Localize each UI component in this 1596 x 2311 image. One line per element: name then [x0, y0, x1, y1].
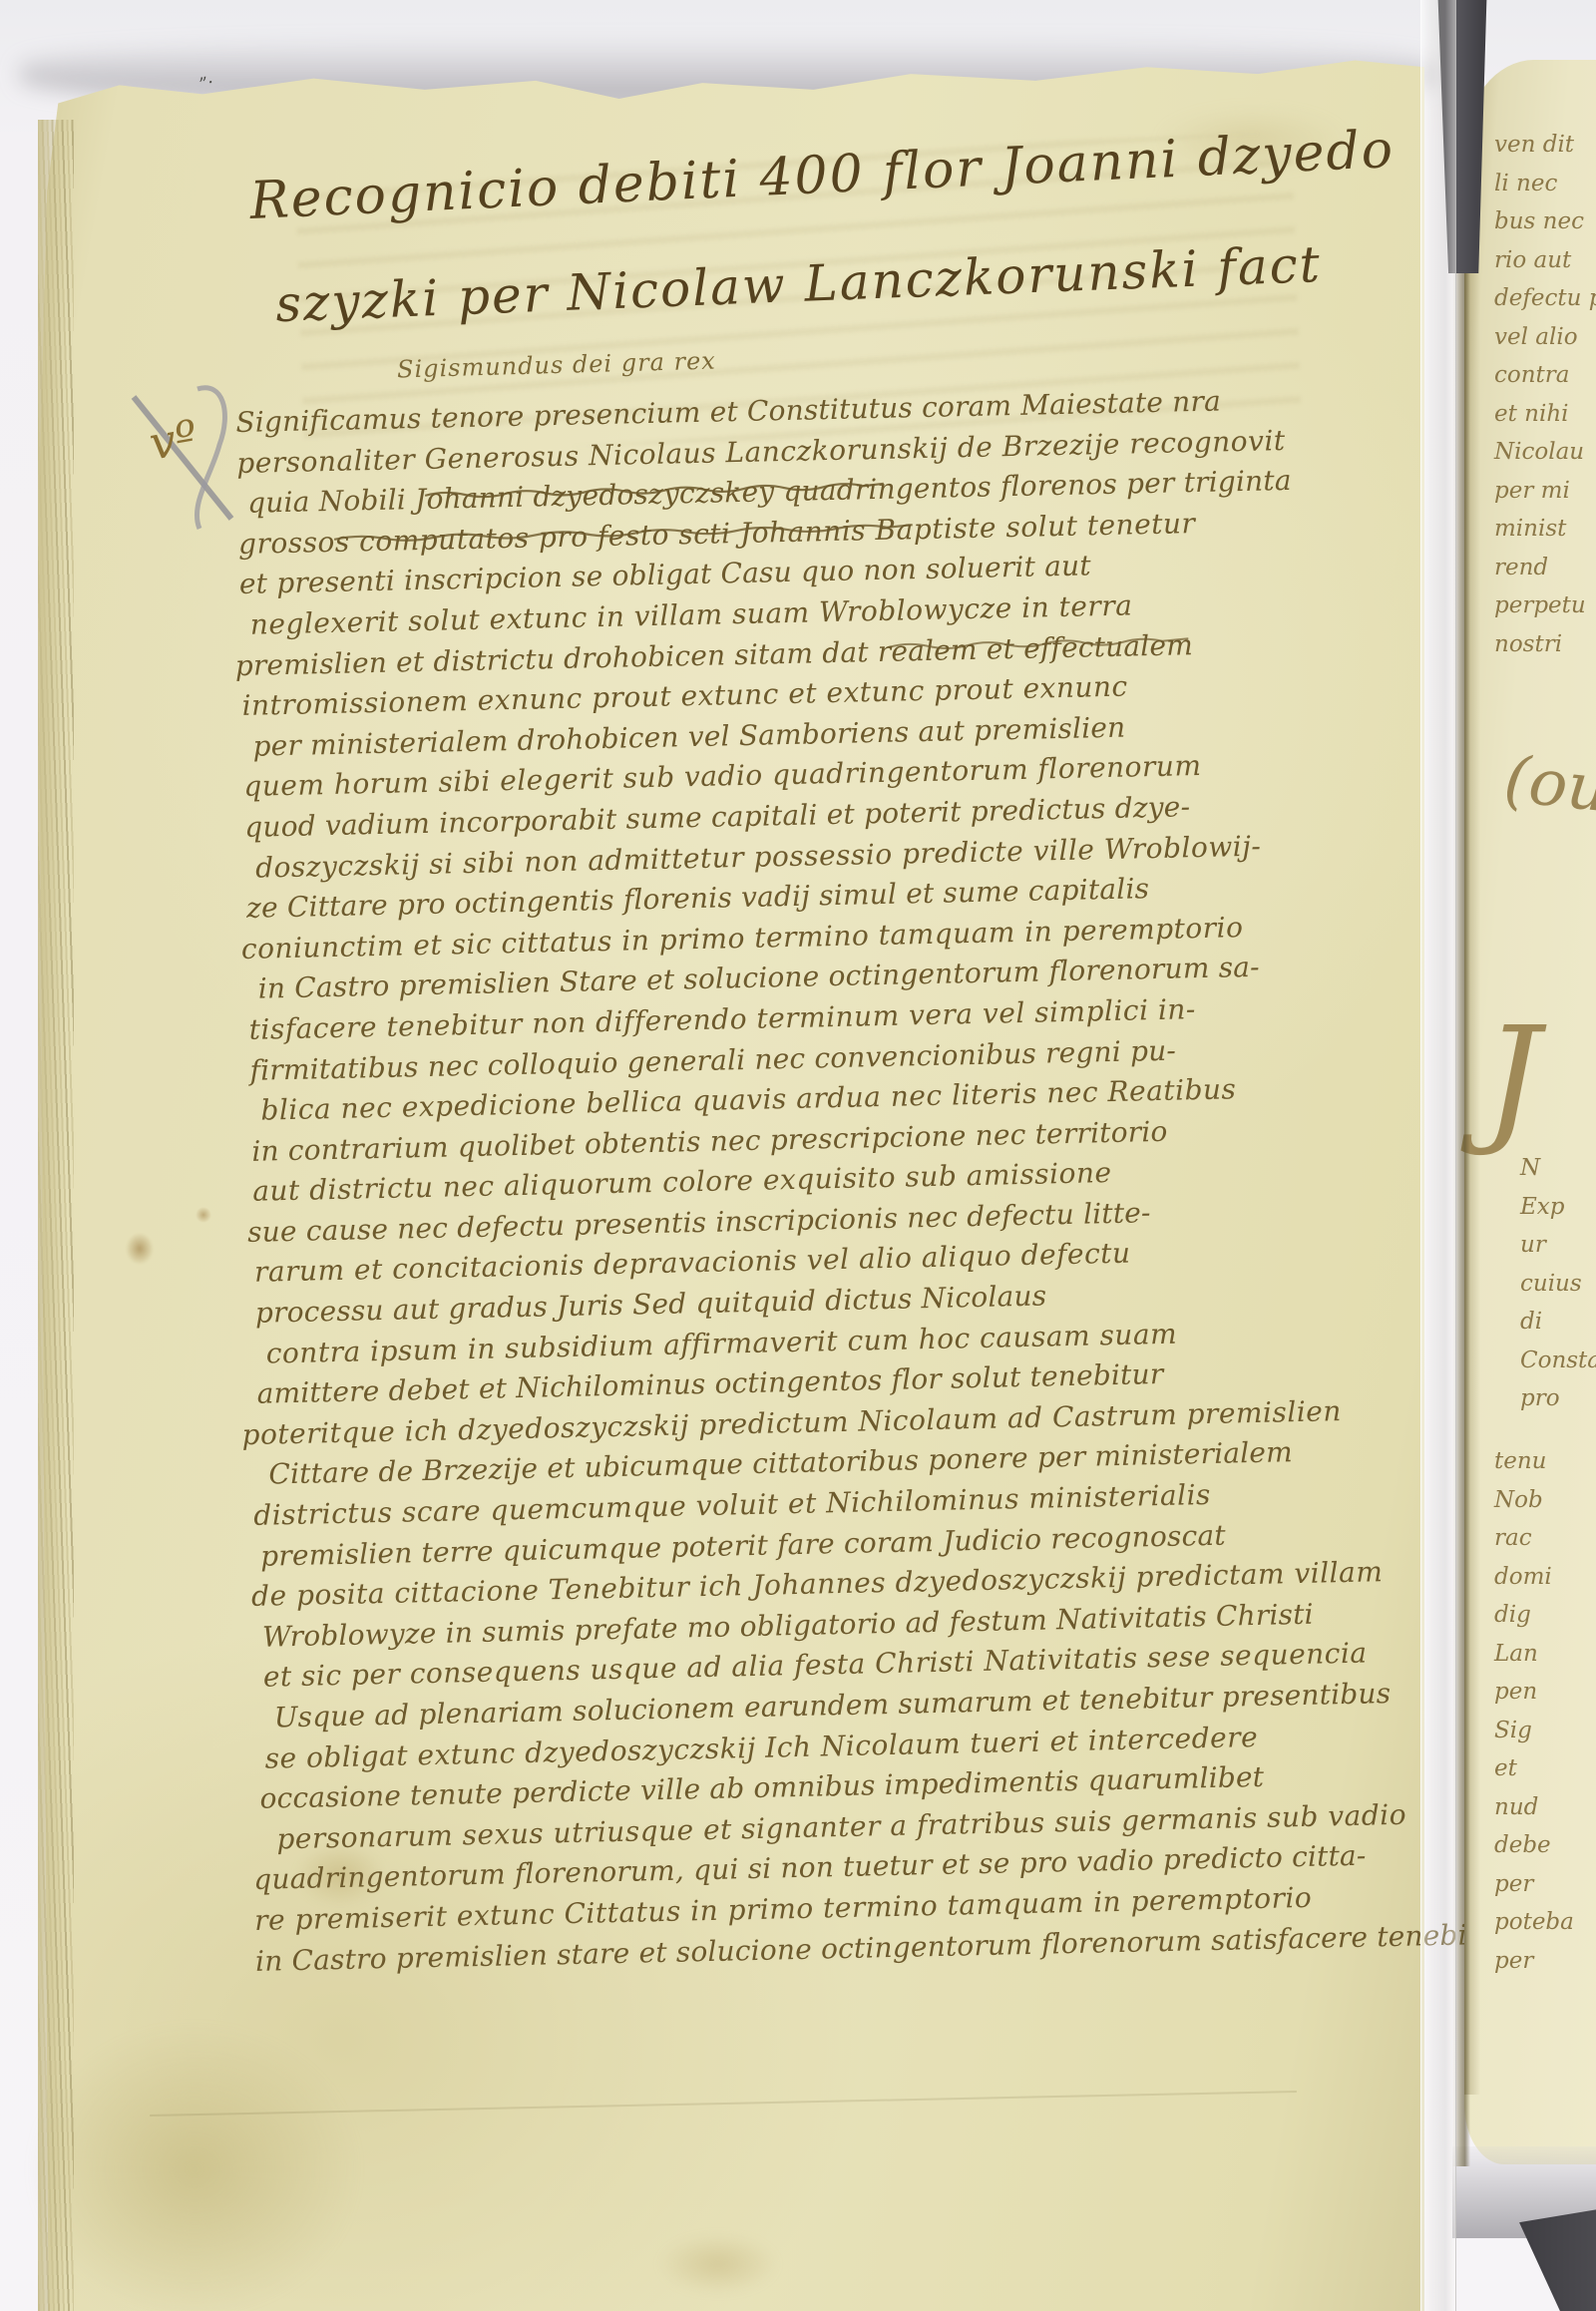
facing-text-bottom: tenuNobracdomidigLanpenSigetnuddebeperpo…	[1494, 1442, 1574, 1980]
facing-line-fragment: nostri	[1494, 625, 1596, 664]
facing-line-fragment: perpetu	[1494, 586, 1596, 625]
facing-line-fragment: Nicolau	[1494, 433, 1596, 472]
facing-line-fragment: vel alio	[1494, 318, 1596, 357]
facing-line-fragment: et	[1494, 1749, 1574, 1788]
facing-line-fragment: et nihi	[1494, 395, 1596, 434]
facing-text-middle: NExpurcuiusdiConstapro	[1520, 1149, 1596, 1418]
ink-spot	[196, 1207, 211, 1223]
margin-mark-ink: vº	[146, 409, 201, 470]
facing-page: ven ditli necbus necrio autdefectu pvel …	[1464, 60, 1596, 2164]
facing-line-fragment: tenu	[1494, 1442, 1574, 1481]
facing-line-fragment: pen	[1494, 1673, 1574, 1712]
facing-text-top: ven ditli necbus necrio autdefectu pvel …	[1494, 126, 1596, 663]
facing-line-fragment: cuius	[1520, 1265, 1596, 1304]
ink-spot	[126, 1233, 154, 1265]
facing-line-fragment: rio aut	[1494, 241, 1596, 280]
facing-line-fragment: li nec	[1494, 165, 1596, 203]
facing-line-fragment: minist	[1494, 510, 1596, 549]
facing-line-fragment: ven dit	[1494, 126, 1596, 165]
facing-line-fragment: per	[1494, 1865, 1574, 1904]
facing-initial: J	[1484, 997, 1540, 1160]
facing-line-fragment: per	[1494, 1942, 1574, 1981]
facing-line-fragment: Exp	[1520, 1188, 1596, 1227]
facing-line-fragment: Lan	[1494, 1635, 1574, 1674]
parchment-stain	[30, 2025, 359, 2311]
facing-line-fragment: domi	[1494, 1558, 1574, 1597]
facing-line-fragment: rac	[1494, 1519, 1574, 1558]
facing-line-fragment: poteba	[1494, 1903, 1574, 1942]
body-text-block: Significamus tenore presencium et Consti…	[235, 382, 1247, 1982]
glass-retaining-strip	[1420, 0, 1456, 2311]
facing-flourish: (ou	[1500, 743, 1596, 828]
facing-line-fragment: Consta	[1520, 1342, 1596, 1380]
facing-line-fragment: ur	[1520, 1226, 1596, 1265]
facing-line-fragment: bus nec	[1494, 202, 1596, 241]
facing-line-fragment: Sig	[1494, 1712, 1574, 1750]
facing-line-fragment: nud	[1494, 1788, 1574, 1827]
facing-line-fragment: debe	[1494, 1826, 1574, 1865]
facing-line-fragment: contra	[1494, 356, 1596, 395]
facing-line-fragment: pro	[1520, 1379, 1596, 1418]
facing-line-fragment: per mi	[1494, 472, 1596, 511]
parchment-stain	[658, 2234, 778, 2294]
facing-line-fragment: dig	[1494, 1596, 1574, 1635]
facing-line-fragment: di	[1520, 1303, 1596, 1342]
facing-line-fragment: Nob	[1494, 1481, 1574, 1520]
facing-line-fragment: N	[1520, 1149, 1596, 1188]
page-edge-stack	[38, 120, 74, 2311]
facing-line-fragment: rend	[1494, 549, 1596, 587]
manuscript-photo: ”· Recognicio debiti 400 flor Joanni dzy…	[0, 0, 1596, 2311]
facing-line-fragment: defectu p	[1494, 279, 1596, 318]
